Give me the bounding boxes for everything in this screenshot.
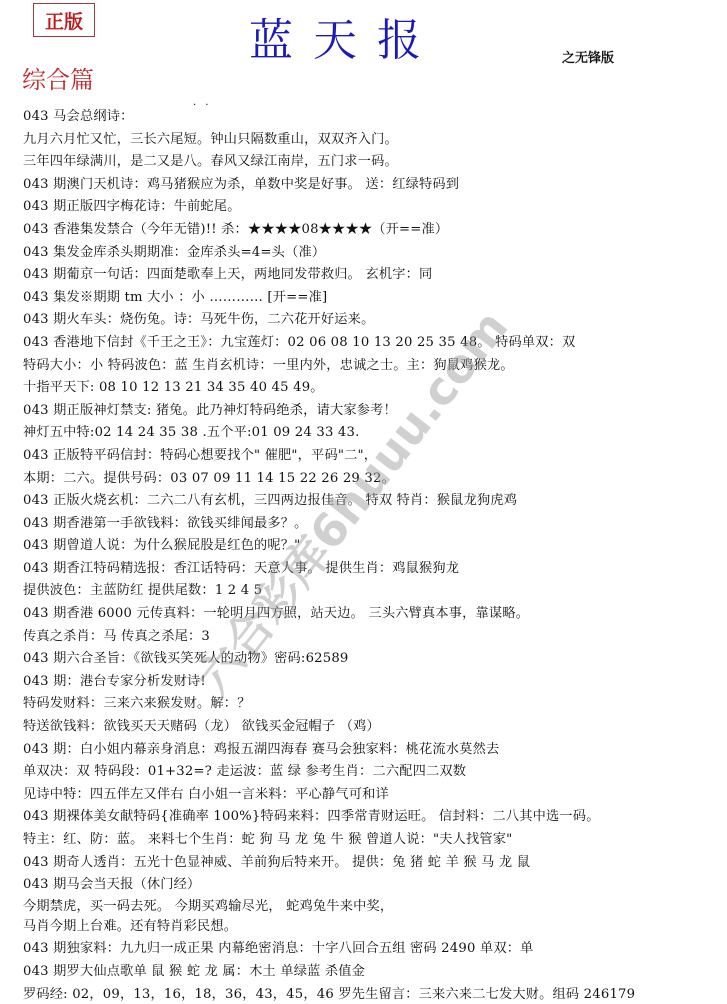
text-line: 特码大小：小 特码波色：蓝 生肖玄机诗：一里内外，忠诚之士。主：狗鼠鸡猴龙。 (23, 355, 723, 378)
text-line: 特主：红、防：蓝。 来料七个生肖：蛇 狗 马 龙 兔 牛 猴 曾道人说："夫人找… (23, 829, 723, 852)
text-line: 043 期六合圣旨：《欲钱买笑死人的动物》密码:62589 (23, 648, 723, 671)
text-line: 043 正版特平码信封：特码心想要找个" 催肥"，平码"二"， (23, 445, 723, 468)
text-line: 见诗中特：四五伴左又伴右 白小姐一言米料：平心静气可和详 (23, 784, 723, 807)
text-line: 043 集发金库杀头期期准：金库杀头=4=头（准） (23, 242, 723, 265)
text-line: 今期禁虎，买一码去死。 今期买鸡输尽光， 蛇鸡兔牛来中奖， (23, 897, 723, 916)
text-line: 本期：二六。提供号码：03 07 09 11 14 15 22 26 29 32… (23, 468, 723, 491)
text-line: 043 马会总纲诗： (23, 106, 723, 129)
text-line: 043 期罗大仙点歌单 鼠 猴 蛇 龙 属：木土 单绿蓝 杀值金 (23, 961, 723, 984)
text-line: 043 期马会当天报（休门经） (23, 874, 723, 897)
text-line: 罗码经: 02，09，13，16，18，36，43，45，46 罗先生留言：三来… (23, 984, 723, 1004)
text-line: 043 期火车头：烧伤兔。诗：马死牛伤，二六花开好运来。 (23, 309, 723, 332)
text-line: 043 期：港台专家分析发财诗! (23, 671, 723, 694)
text-line: 三年四年绿满川，是二又是八。春风又绿江南岸，五门求一码。 (23, 151, 723, 174)
official-edition-badge: 正版 (33, 3, 95, 37)
text-line: 043 期裸体美女献特码{准确率 100%}特码来料：四季常青财运旺。 信封料：… (23, 806, 723, 829)
text-line: 043 期香港 6000 元传真料：一轮明月四方照，站天边。 三头六臂真本事，靠… (23, 603, 723, 626)
text-line: 043 期澳门天机诗：鸡马猪猴应为杀，单数中奖是好事。 送：红绿特码到 (23, 174, 723, 197)
text-line: 单双决：双 特码段：01+32=? 走运波：蓝 绿 参考生肖：二六配四二双数 (23, 761, 723, 784)
text-line: 043 集发※期期 tm 大小 ：小 ………… [开==准] (23, 287, 723, 310)
page-title: 蓝天报 (180, 4, 510, 68)
section-heading: 综合篇 (22, 60, 94, 95)
text-line: 九月六月忙又忙，三长六尾短。钟山只隔数重山，双双齐入门。 (23, 129, 723, 152)
text-line: 043 正版火烧玄机：二六二八有玄机，三四两边报佳音。 特双 特肖：猴鼠龙狗虎鸡 (23, 490, 723, 513)
text-line: 043 香港地下信封《千王之王》：九宝莲灯：02 06 08 10 13 20 … (23, 332, 723, 355)
text-line: 提供波色：主蓝防红 提供尾数：1 2 4 5 (23, 580, 723, 603)
text-line: 043 期香港第一手欲钱料：欲钱买绯闻最多？。 (23, 513, 723, 536)
article-body: 043 马会总纲诗： 九月六月忙又忙，三长六尾短。钟山只隔数重山，双双齐入门。 … (23, 106, 723, 1004)
text-line: 传真之杀肖：马 传真之杀尾：3 (23, 626, 723, 649)
text-line: 043 香港集发禁合（今年无错)!! 杀：★★★★08★★★★（开==准） (23, 219, 723, 242)
text-line: 043 期正版四字梅花诗：牛前蛇尾。 (23, 196, 723, 219)
text-line: 043 期香江特码精选报：香江话特码：天意人事。 提供生肖：鸡鼠猴狗龙 (23, 558, 723, 581)
text-line: 特送欲钱料：欲钱买天天赌码（龙） 欲钱买金冠帽子 （鸡） (23, 716, 723, 739)
text-line: 神灯五中特:02 14 24 35 38 .五个平:01 09 24 33 43… (23, 422, 723, 445)
text-line: 043 期曾道人说：为什么猴屁股是红色的呢？" (23, 535, 723, 558)
text-line: 043 期独家料：九九归一成正果 内幕绝密消息：十字八回合五组 密码 2490 … (23, 938, 723, 961)
text-line: 特码发财料：三来六来猴发财。解：？ (23, 693, 723, 716)
edition-label: 之无锋版 (562, 47, 614, 66)
text-line: 043 期正版神灯禁支: 猪兔。此乃神灯特码绝杀，请大家参考！ (23, 400, 723, 423)
text-line: 043 期奇人透肖：五光十色显神威、羊前狗后特来开。 提供：兔 猪 蛇 羊 猴 … (23, 852, 723, 875)
text-line: 043 期葡京一句话：四面楚歌奉上天，两地同发带救归。 玄机字：同 (23, 264, 723, 287)
text-line: 马肖今期上台难。还有特肖彩民想。 (23, 916, 723, 939)
text-line: 十指平天下: 08 10 12 13 21 34 35 40 45 49。 (23, 377, 723, 400)
text-line: 043 期：白小姐内幕亲身消息：鸡报五湖四海春 赛马会独家料：桃花流水莫然去 (23, 739, 723, 762)
